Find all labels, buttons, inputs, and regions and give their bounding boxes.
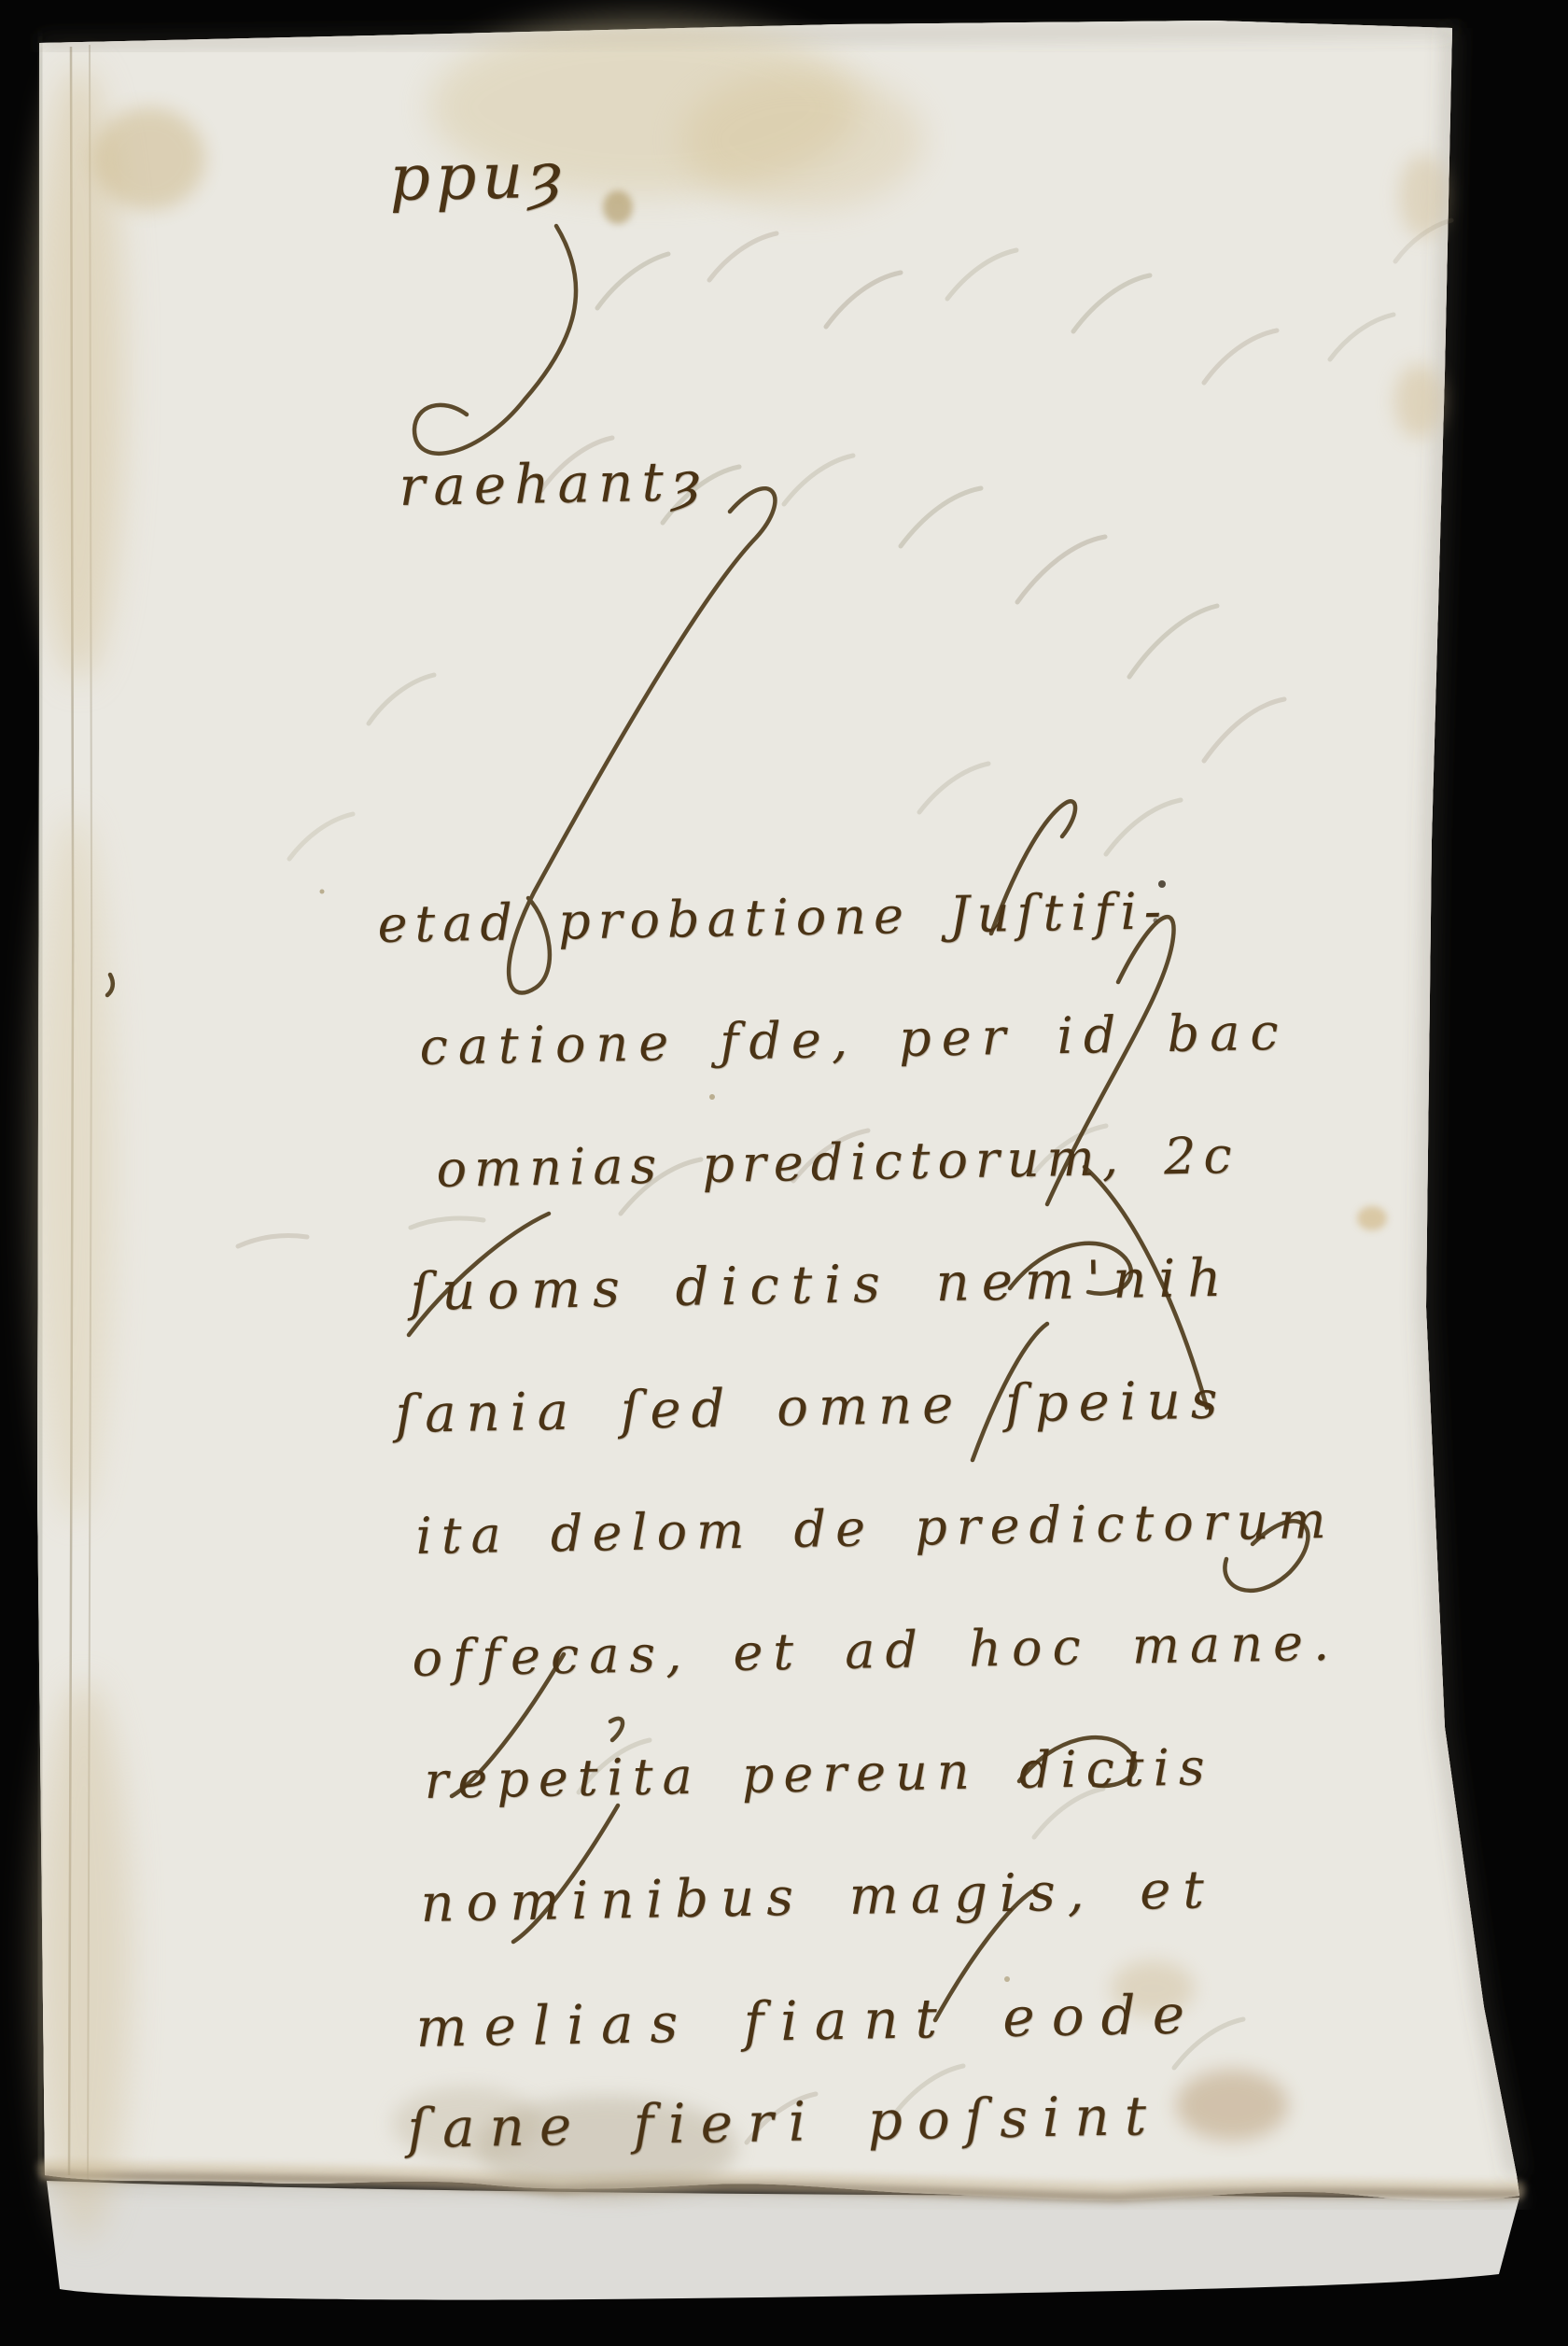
manuscript-line: catione ƒde, per id bac [419, 1007, 1289, 1073]
manuscript-line: ſane fieri poſsint [407, 2088, 1162, 2156]
manuscript-line: etad probatione Juſtifi- [377, 886, 1169, 950]
manuscript-line: ſuoms dictis nem'nih [410, 1253, 1234, 1319]
manuscript-fragment-top: ppuȝ [389, 145, 567, 211]
manuscript-line: repetita pereun dictis [424, 1742, 1214, 1806]
manuscript-line: nominibus magis, et [420, 1864, 1216, 1931]
underlying-page [47, 2181, 1519, 2300]
manuscript-line: ſania ſed omne ſpeius [395, 1374, 1228, 1441]
manuscript-line: omnias predictorum, 2c [436, 1131, 1239, 1195]
scanned-manuscript-page: ppuȝ raehantȝ etad probatione Juſtifi- c… [0, 0, 1568, 2346]
manuscript-line: ita delom de predictorum [415, 1496, 1336, 1562]
manuscript-line: melias fiant eode [415, 1987, 1201, 2055]
manuscript-name-fragment: raehantȝ [399, 454, 708, 513]
